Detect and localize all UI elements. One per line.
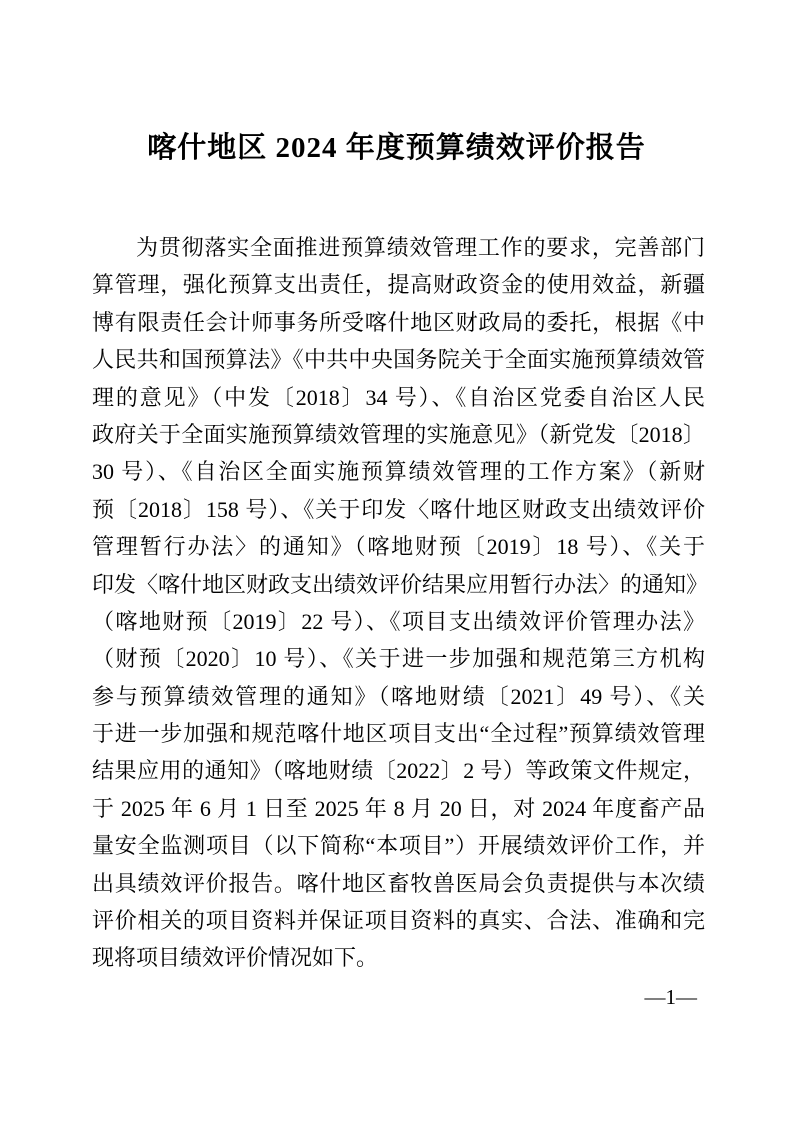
body-line: 于 2025 年 6 月 1 日至 2025 年 8 月 20 日，对 2024… [92, 790, 705, 827]
body-line: （喀地财预〔2019〕22 号）、《项目支出绩效评价管理办法》 [92, 603, 705, 640]
body-line: 理的意见》（中发〔2018〕34 号）、《自治区党委自治区人民 [92, 379, 705, 416]
body-line: 印发〈喀什地区财政支出绩效评价结果应用暂行办法〉的通知》 [92, 566, 705, 603]
body-line: 管理暂行办法〉的通知》（喀地财预〔2019〕18 号）、《关于 [92, 528, 705, 565]
body-line: 为贯彻落实全面推进预算绩效管理工作的要求，完善部门预 [92, 229, 705, 266]
body-line: 博有限责任会计师事务所受喀什地区财政局的委托，根据《中华 [92, 304, 705, 341]
document-page: 喀什地区 2024 年度预算绩效评价报告 为贯彻落实全面推进预算绩效管理工作的要… [0, 0, 793, 1122]
body-paragraph: 为贯彻落实全面推进预算绩效管理工作的要求，完善部门预 算管理，强化预算支出责任，… [92, 229, 705, 977]
body-line: 结果应用的通知》（喀地财绩〔2022〕2 号）等政策文件规定， [92, 752, 705, 789]
body-line: 现将项目绩效评价情况如下。 [92, 939, 705, 976]
body-line: 预〔2018〕158 号）、《关于印发〈喀什地区财政支出绩效评价 [92, 491, 705, 528]
page-number: —1— [645, 984, 698, 1010]
body-line: 评价相关的项目资料并保证项目资料的真实、合法、准确和完整， [92, 902, 705, 939]
body-line: 人民共和国预算法》《中共中央国务院关于全面实施预算绩效管 [92, 341, 705, 378]
body-line: 政府关于全面实施预算绩效管理的实施意见》（新党发〔2018〕 [92, 416, 705, 453]
document-title: 喀什地区 2024 年度预算绩效评价报告 [0, 126, 793, 170]
body-line: 量安全监测项目（以下简称“本项目”）开展绩效评价工作，并 [92, 827, 705, 864]
body-line: 30 号）、《自治区全面实施预算绩效管理的工作方案》（新财 [92, 453, 705, 490]
body-line: 参与预算绩效管理的通知》（喀地财绩〔2021〕49 号）、《关 [92, 678, 705, 715]
body-line: （财预〔2020〕10 号）、《关于进一步加强和规范第三方机构 [92, 640, 705, 677]
body-line: 于进一步加强和规范喀什地区项目支出“全过程”预算绩效管理 [92, 715, 705, 752]
body-line: 算管理，强化预算支出责任，提高财政资金的使用效益，新疆高 [92, 266, 705, 303]
body-line: 出具绩效评价报告。喀什地区畜牧兽医局会负责提供与本次绩效 [92, 865, 705, 902]
